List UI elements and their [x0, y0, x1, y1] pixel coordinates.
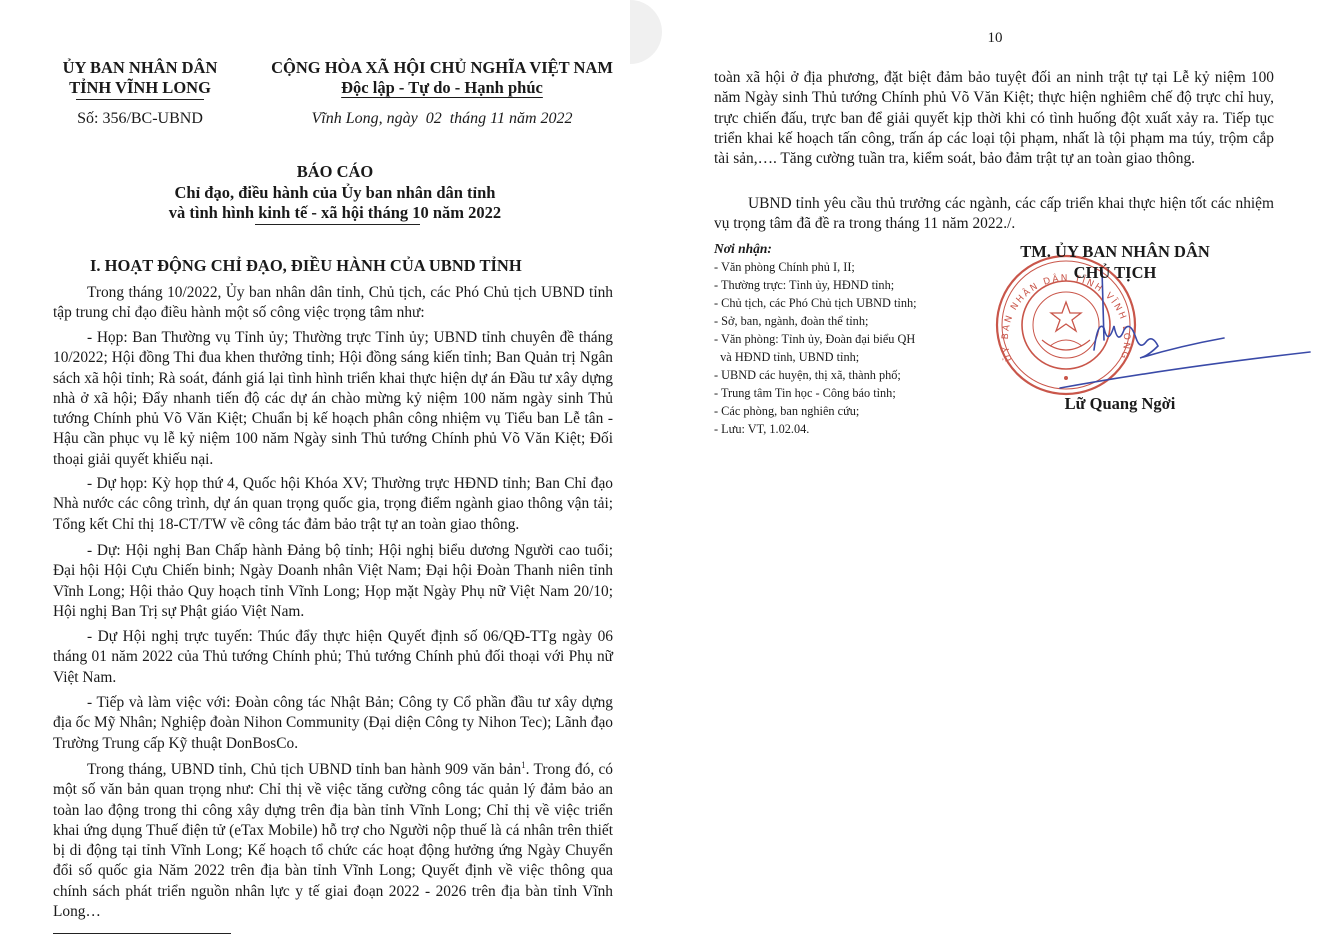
paragraph-attended-meetings: - Dự họp: Kỳ họp thứ 4, Quốc hội Khóa XV…: [53, 474, 613, 535]
national-header: CỘNG HÒA XÃ HỘI CHỦ NGHĨA VIỆT NAM Độc l…: [262, 58, 622, 98]
paragraph-text: toàn xã hội ở địa phương, đặt biệt đảm b…: [714, 69, 1274, 167]
signer-on-behalf: TM. ỦY BAN NHÂN DÂN: [990, 241, 1240, 262]
page-number: 10: [960, 30, 1030, 47]
report-title: BÁO CÁO Chỉ đạo, điều hành của Ủy ban nh…: [40, 162, 630, 224]
paragraph-text: - Dự: Hội nghị Ban Chấp hành Đảng bộ tỉn…: [53, 542, 613, 620]
section-heading: I. HOẠT ĐỘNG CHỈ ĐẠO, ĐIỀU HÀNH CỦA UBND…: [90, 256, 522, 276]
signature-block: TM. ỦY BAN NHÂN DÂN CHỦ TỊCH: [990, 241, 1240, 283]
recipient-item: - Trung tâm Tin học - Công báo tỉnh;: [714, 384, 974, 402]
recipient-item: - Thường trực: Tỉnh ủy, HĐND tỉnh;: [714, 276, 974, 294]
recipients-block: Nơi nhận: - Văn phòng Chính phủ I, II;- …: [714, 240, 974, 438]
title-underline: [255, 224, 420, 225]
paragraph-meetings: - Họp: Ban Thường vụ Tỉnh ủy; Thường trự…: [53, 328, 613, 470]
national-title: CỘNG HÒA XÃ HỘI CHỦ NGHĨA VIỆT NAM: [262, 58, 622, 78]
signer-title: CHỦ TỊCH: [990, 262, 1240, 283]
document-number: Số: 356/BC-UBND: [40, 109, 240, 129]
svg-text:ỦY BAN NHÂN DÂN TỈNH VĨNH LON: ỦY BAN NHÂN DÂN TỈNH VĨNH LONG: [1001, 272, 1131, 363]
recipients-heading: Nơi nhận:: [714, 240, 974, 258]
paragraph-text: UBND tỉnh yêu cầu thủ trưởng các ngành, …: [714, 195, 1274, 232]
paragraph-text: . Trong đó, có một số văn bản quan trọng…: [53, 761, 613, 920]
doc-type: BÁO CÁO: [40, 162, 630, 183]
recipient-item: - Lưu: VT, 1.02.04.: [714, 420, 974, 438]
national-motto: Độc lập - Tự do - Hạnh phúc: [341, 78, 543, 97]
paragraph-text: - Dự Hội nghị trực tuyến: Thúc đẩy thực …: [53, 628, 613, 686]
paragraph-closing: UBND tỉnh yêu cầu thủ trưởng các ngành, …: [714, 194, 1274, 235]
paragraph-security: toàn xã hội ở địa phương, đặt biệt đảm b…: [714, 68, 1274, 169]
agency-underline: [76, 99, 204, 100]
paragraph-text: Trong tháng, UBND tỉnh, Chủ tịch UBND tỉ…: [87, 761, 521, 778]
paragraph-text: - Họp: Ban Thường vụ Tỉnh ủy; Thường trự…: [53, 329, 613, 468]
paragraph-reception: - Tiếp và làm việc với: Đoàn công tác Nh…: [53, 693, 613, 754]
page-fold-shadow: [598, 0, 662, 64]
paragraph-intro: Trong tháng 10/2022, Ủy ban nhân dân tỉn…: [53, 283, 613, 324]
report-subtitle-2: và tình hình kinh tế - xã hội tháng 10 n…: [40, 203, 630, 224]
recipient-item: - Chủ tịch, các Phó Chủ tịch UBND tỉnh;: [714, 294, 974, 312]
recipient-item: - Sở, ban, ngành, đoàn thể tỉnh;: [714, 312, 974, 330]
recipient-item: - UBND các huyện, thị xã, thành phố;: [714, 366, 974, 384]
paragraph-documents-issued: Trong tháng, UBND tỉnh, Chủ tịch UBND tỉ…: [53, 760, 613, 922]
paragraph-online-conferences: - Dự Hội nghị trực tuyến: Thúc đẩy thực …: [53, 627, 613, 688]
place-date: Vĩnh Long, ngày 02 tháng 11 năm 2022: [262, 109, 622, 129]
agency-line1: ỦY BAN NHÂN DÂN: [40, 58, 240, 78]
paragraph-text: Trong tháng 10/2022, Ủy ban nhân dân tỉn…: [53, 284, 613, 321]
recipient-item: và HĐND tỉnh, UBND tỉnh;: [714, 348, 974, 366]
recipient-item: - Văn phòng: Tỉnh ủy, Đoàn đại biểu QH: [714, 330, 974, 348]
footnote-separator: [53, 933, 231, 934]
paragraph-attended-events: - Dự: Hội nghị Ban Chấp hành Đảng bộ tỉn…: [53, 541, 613, 622]
paragraph-text: - Tiếp và làm việc với: Đoàn công tác Nh…: [53, 694, 613, 752]
agency-name: ỦY BAN NHÂN DÂN TỈNH VĨNH LONG: [40, 58, 240, 98]
recipient-item: - Văn phòng Chính phủ I, II;: [714, 258, 974, 276]
recipient-item: - Các phòng, ban nghiên cứu;: [714, 402, 974, 420]
document-page-right: 10 toàn xã hội ở địa phương, đặt biệt đả…: [660, 0, 1319, 937]
report-subtitle-1: Chỉ đạo, điều hành của Ủy ban nhân dân t…: [40, 183, 630, 204]
document-page-left: ỦY BAN NHÂN DÂN TỈNH VĨNH LONG Số: 356/B…: [0, 0, 640, 937]
paragraph-text: - Dự họp: Kỳ họp thứ 4, Quốc hội Khóa XV…: [53, 475, 613, 533]
agency-line2: TỈNH VĨNH LONG: [40, 78, 240, 98]
recipients-list: - Văn phòng Chính phủ I, II;- Thường trự…: [714, 258, 974, 438]
